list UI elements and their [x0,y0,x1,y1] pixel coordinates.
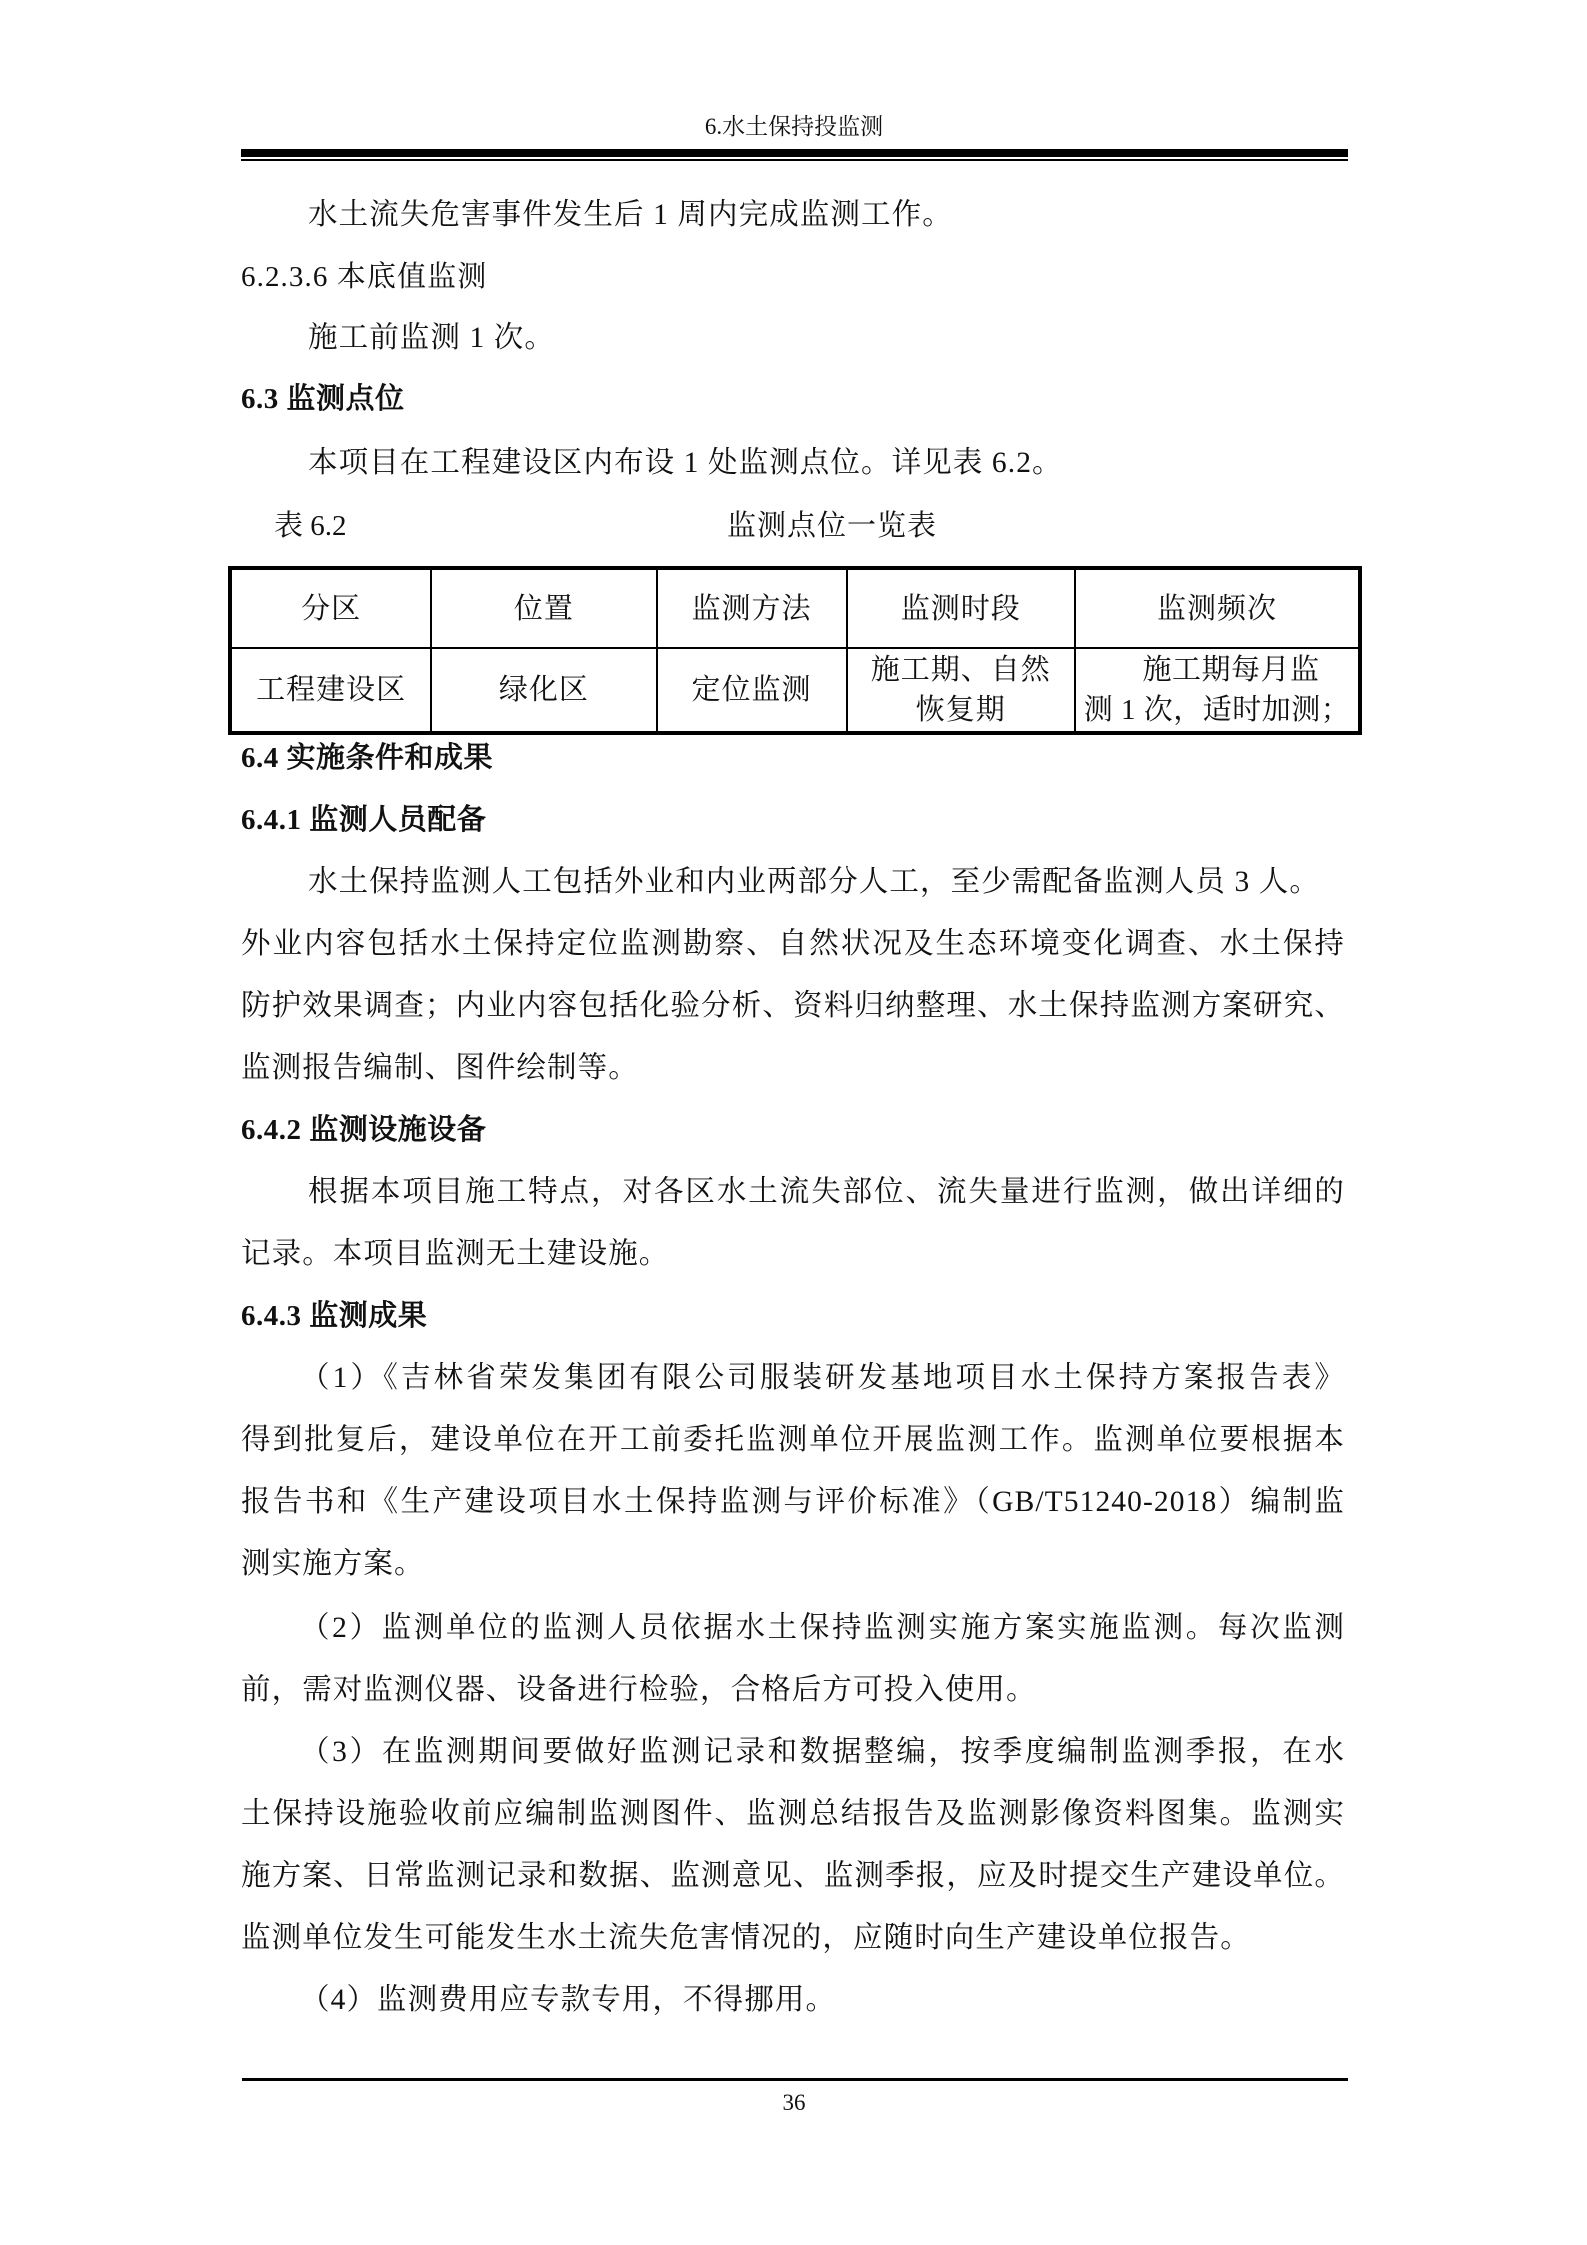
header-rule-thin [241,159,1348,161]
cell-period-line2: 恢复期 [854,690,1068,730]
table-header-row: 分区 位置 监测方法 监测时段 监测频次 [230,568,1360,648]
heading-6-3: 6.3 监测点位 [241,379,1345,419]
result-item3-line3: 施方案、日常监测记录和数据、监测意见、监测季报，应及时提交生产建设单位。 [241,1856,1345,1896]
table-title: 监测点位一览表 [727,506,937,546]
result-item1-line2: 得到批复后，建设单位在开工前委托监测单位开展监测工作。监测单位要根据本 [241,1420,1345,1460]
paragraph-staff-line4: 监测报告编制、图件绘制等。 [241,1048,1345,1088]
cell-period-line1: 施工期、自然 [854,650,1068,690]
paragraph-hazard-tail: 水土流失危害事件发生后 1 周内完成监测工作。 [308,195,1345,235]
running-header-title: 6.水土保持投监测 [241,112,1347,142]
column-header-location: 位置 [431,568,656,648]
paragraph-staff-line3: 防护效果调查；内业内容包括化验分析、资料归纳整理、水土保持监测方案研究、 [241,986,1345,1026]
header-rule-thick [241,149,1348,157]
result-item3-line4: 监测单位发生可能发生水土流失危害情况的，应随时向生产建设单位报告。 [241,1918,1345,1958]
result-item2-line1: （2）监测单位的监测人员依据水土保持监测实施方案实施监测。每次监测 [300,1608,1345,1648]
monitoring-points-table: 分区 位置 监测方法 监测时段 监测频次 工程建设区 绿化区 定位监测 施工期、… [228,566,1362,735]
paragraph-facilities-line2: 记录。本项目监测无土建设施。 [241,1234,1345,1274]
cell-location: 绿化区 [431,648,656,733]
heading-6-2-3-6: 6.2.3.6 本底值监测 [241,257,1345,297]
column-header-frequency: 监测频次 [1075,568,1360,648]
table-label: 表 6.2 [274,506,347,546]
column-header-method: 监测方法 [657,568,847,648]
heading-6-4-1: 6.4.1 监测人员配备 [241,800,1345,840]
page-number: 36 [241,2088,1347,2118]
footer-rule [242,2078,1348,2081]
result-item3-line2: 土保持设施验收前应编制监测图件、监测总结报告及监测影像资料图集。监测实 [241,1794,1345,1834]
heading-6-4-2: 6.4.2 监测设施设备 [241,1110,1345,1150]
heading-6-4-3: 6.4.3 监测成果 [241,1296,1345,1336]
result-item4-line1: （4）监测费用应专款专用，不得挪用。 [300,1980,1404,2020]
cell-frequency-line1: 施工期每月监 [1082,650,1352,690]
result-item1-line3: 报告书和《生产建设项目水土保持监测与评价标准》（GB/T51240-2018）编… [241,1482,1345,1522]
result-item3-line1: （3）在监测期间要做好监测记录和数据整编，按季度编制监测季报，在水 [300,1732,1345,1772]
result-item1-line1: （1）《吉林省荣发集团有限公司服装研发基地项目水土保持方案报告表》 [300,1358,1345,1398]
paragraph-staff-line1: 水土保持监测人工包括外业和内业两部分人工，至少需配备监测人员 3 人。 [308,862,1345,902]
cell-frequency: 施工期每月监 测 1 次，适时加测； [1075,648,1360,733]
column-header-period: 监测时段 [847,568,1075,648]
heading-6-4: 6.4 实施条件和成果 [241,738,1345,778]
result-item2-line2: 前，需对监测仪器、设备进行检验，合格后方可投入使用。 [241,1670,1345,1710]
paragraph-points: 本项目在工程建设区内布设 1 处监测点位。详见表 6.2。 [308,443,1345,483]
cell-period: 施工期、自然 恢复期 [847,648,1075,733]
result-item1-line4: 测实施方案。 [241,1544,1345,1584]
cell-method: 定位监测 [657,648,847,733]
paragraph-staff-line2: 外业内容包括水土保持定位监测勘察、自然状况及生态环境变化调查、水土保持 [241,924,1345,964]
column-header-zone: 分区 [230,568,431,648]
paragraph-baseline: 施工前监测 1 次。 [308,318,1345,358]
cell-zone: 工程建设区 [230,648,431,733]
paragraph-facilities-line1: 根据本项目施工特点，对各区水土流失部位、流失量进行监测，做出详细的 [308,1172,1345,1212]
cell-frequency-line2: 测 1 次，适时加测； [1082,690,1352,730]
table-row: 工程建设区 绿化区 定位监测 施工期、自然 恢复期 施工期每月监 测 1 次，适… [230,648,1360,733]
